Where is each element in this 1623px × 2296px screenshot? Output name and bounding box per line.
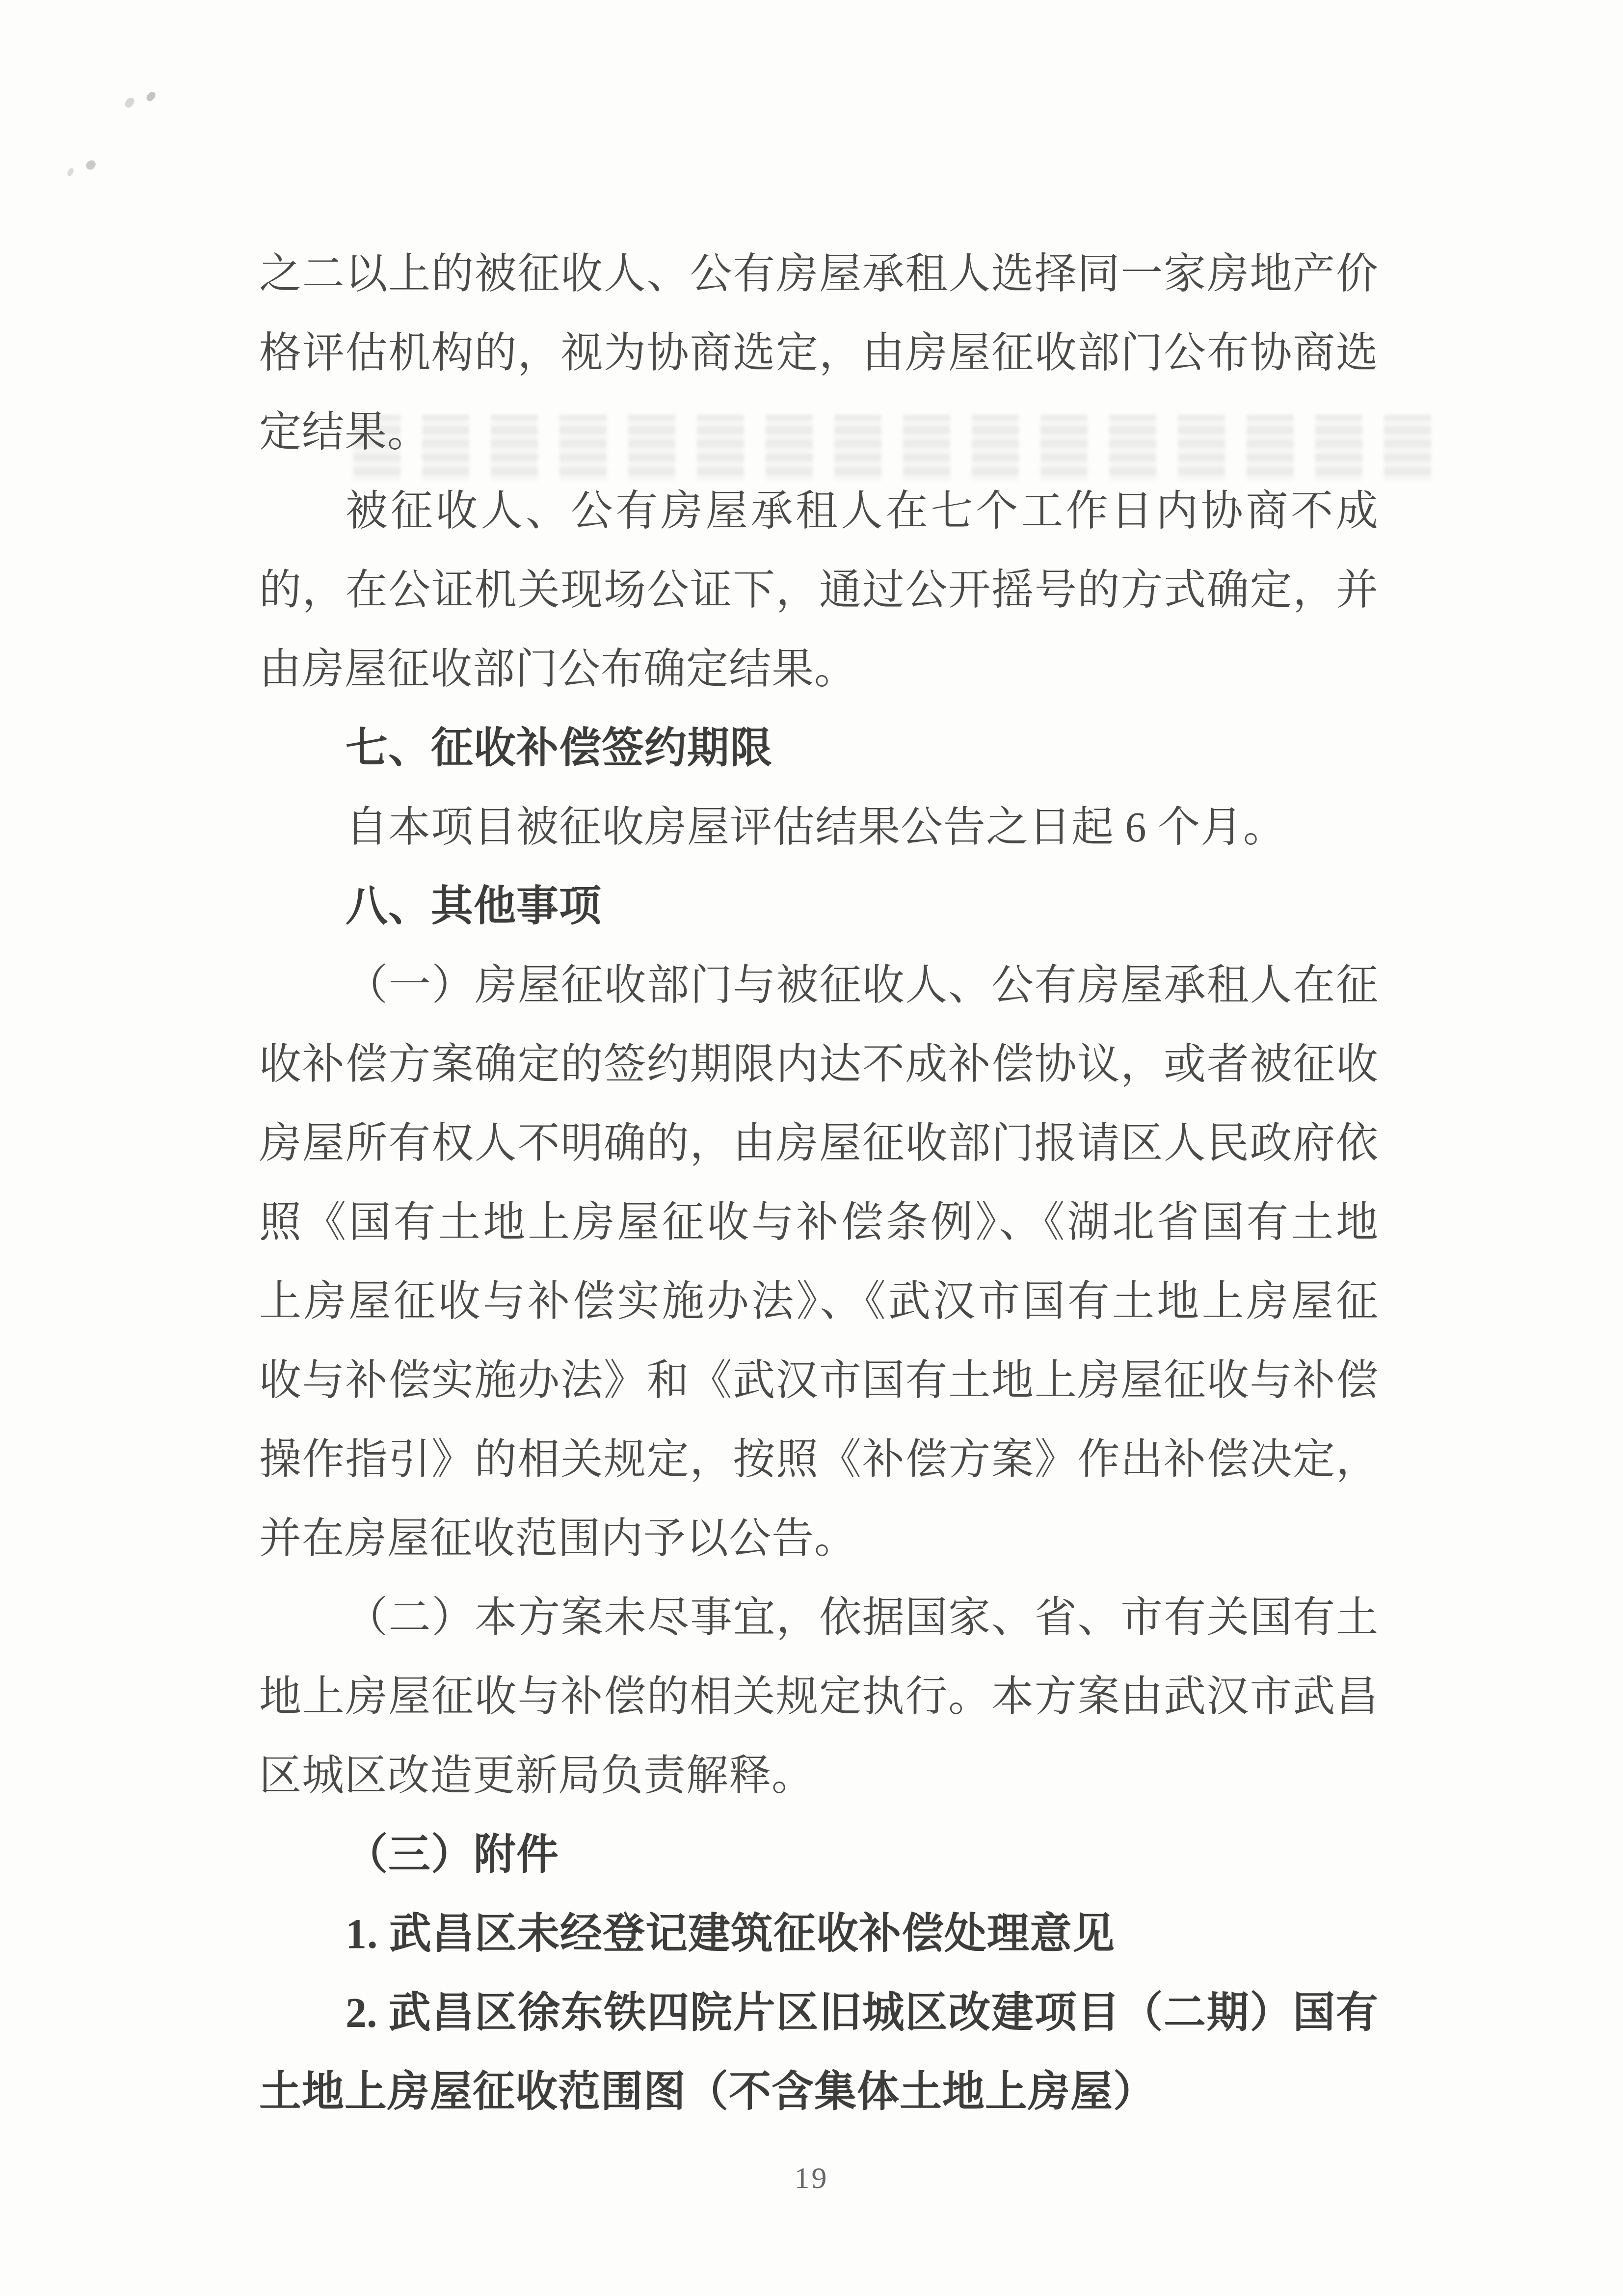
text-line: 2. 武昌区徐东铁四院片区旧城区改建项目（二期）国有	[259, 1973, 1378, 2053]
text-line: 上房屋征收与补偿实施办法》、《武汉市国有土地上房屋征	[259, 1262, 1378, 1341]
text-line: 定结果。	[259, 393, 1378, 472]
text-line: 自本项目被征收房屋评估结果公告之日起 6 个月。	[259, 788, 1378, 867]
text-line: 收补偿方案确定的签约期限内达不成补偿协议，或者被征收	[259, 1025, 1378, 1104]
text-line: （三）附件	[259, 1815, 1378, 1894]
text-line: 区城区改造更新局负责解释。	[259, 1736, 1378, 1815]
text-line: 土地上房屋征收范围图（不含集体土地上房屋）	[259, 2053, 1378, 2132]
text-line: 房屋所有权人不明确的，由房屋征收部门报请区人民政府依	[259, 1104, 1378, 1183]
text-line: 照《国有土地上房屋征收与补偿条例》、《湖北省国有土地	[259, 1183, 1378, 1262]
text-line: 收与补偿实施办法》和《武汉市国有土地上房屋征收与补偿	[259, 1341, 1378, 1420]
text-line: 八、其他事项	[259, 867, 1378, 946]
text-line: 七、征收补偿签约期限	[259, 709, 1378, 788]
page-number: 19	[0, 2161, 1623, 2196]
text-line: 被征收人、公有房屋承租人在七个工作日内协商不成	[259, 472, 1378, 551]
document-body: 之二以上的被征收人、公有房屋承租人选择同一家房地产价格评估机构的，视为协商选定，…	[259, 235, 1378, 2132]
text-line: 操作指引》的相关规定，按照《补偿方案》作出补偿决定，	[259, 1420, 1378, 1499]
scan-speck	[85, 159, 97, 171]
text-line: （二）本方案未尽事宜，依据国家、省、市有关国有土	[259, 1578, 1378, 1657]
text-line: 由房屋征收部门公布确定结果。	[259, 630, 1378, 709]
scan-speck	[124, 96, 135, 109]
text-line: 并在房屋征收范围内予以公告。	[259, 1499, 1378, 1578]
text-line: 地上房屋征收与补偿的相关规定执行。本方案由武汉市武昌	[259, 1657, 1378, 1736]
text-line: 的，在公证机关现场公证下，通过公开摇号的方式确定，并	[259, 551, 1378, 630]
text-line: 1. 武昌区未经登记建筑征收补偿处理意见	[259, 1894, 1378, 1973]
scanned-document-page: 之二以上的被征收人、公有房屋承租人选择同一家房地产价格评估机构的，视为协商选定，…	[0, 0, 1623, 2296]
text-line: （一）房屋征收部门与被征收人、公有房屋承租人在征	[259, 946, 1378, 1025]
scan-speck	[66, 167, 74, 177]
text-line: 之二以上的被征收人、公有房屋承租人选择同一家房地产价	[259, 235, 1378, 314]
scan-speck	[145, 90, 157, 103]
text-line: 格评估机构的，视为协商选定，由房屋征收部门公布协商选	[259, 314, 1378, 393]
